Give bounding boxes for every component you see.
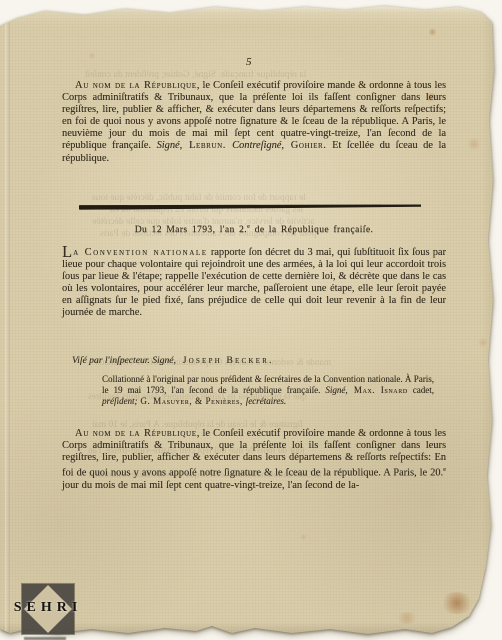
stain (428, 28, 437, 36)
sehri-watermark-letters: SEHRI (8, 600, 88, 616)
collation-secretaries-names: G. Masuyer, & Penières, (138, 396, 246, 406)
sehri-watermark: SEHRI (22, 584, 74, 634)
bleedthrough-fragment: le rapport de ſon comité de ſalut public… (92, 193, 306, 203)
stain (300, 534, 307, 540)
paper-top-edge (0, 0, 502, 24)
paragraph1-lead-smallcaps: Au nom de la République (75, 80, 197, 91)
stain (88, 52, 96, 59)
paper-crease (5, 0, 10, 640)
paragraph3-lead-smallcaps: Au nom de la République (75, 428, 197, 439)
paper-right-edge (482, 0, 502, 640)
paper-bottom-edge (0, 622, 502, 640)
bleedthrough-fragment: la république françaiſe. Signé, Gohier, … (85, 70, 306, 80)
paragraph1-signed-label: Signé (157, 140, 180, 151)
paragraph1-signed-name: , Lebrun. (180, 140, 232, 151)
paragraph3-superscript: e (443, 466, 446, 473)
stain (395, 612, 419, 624)
date-heading: Du 12 Mars 1793, l'an 2.e de la Républiq… (60, 223, 448, 235)
collation-president-role: préſident; (102, 396, 138, 406)
collation-block: Collationné à l'original par nous préſid… (102, 374, 434, 408)
scan-canvas: la république françaiſe. Signé, Gohier, … (0, 0, 502, 640)
date-heading-suffix: de la République françaiſe. (250, 224, 373, 235)
collation-name-suffix: cadet, (408, 385, 434, 395)
paragraph1-countersigned-name: , Gohier. (281, 140, 326, 151)
collation-secretaries-role: ſecrétaires. (246, 396, 286, 406)
visa-line: Viſé par l'inſpecteur. Signé, Joseph Bec… (72, 355, 274, 366)
stain (440, 592, 474, 614)
paper-shadow: la république françaiſe. Signé, Gohier, … (0, 0, 502, 640)
paragraph-promulgation-1: Au nom de la République, le Conſeil exéc… (62, 80, 446, 165)
stain (466, 138, 482, 150)
collation-signed-label: Signé (325, 385, 345, 395)
collation-president-name: , Max. Isnard (345, 385, 407, 395)
paragraph3-body2: jour du mois de mai mil ſept cent quatre… (62, 480, 359, 491)
paper-sheet: la république françaiſe. Signé, Gohier, … (0, 0, 502, 640)
paragraph-decree: La Convention nationale rapporte ſon déc… (62, 247, 446, 320)
date-heading-prefix: Du 12 Mars 1793, l'an 2. (135, 224, 247, 235)
page-number: 5 (246, 56, 252, 68)
paragraph2-lead-smallcaps: a Convention nationale (73, 247, 208, 258)
paragraph1-countersigned-label: Contreſigné (232, 140, 281, 151)
visa-italic-text: Viſé par l'inſpecteur. Signé (72, 355, 174, 366)
visa-inspector-name: , Joseph Becker. (174, 355, 274, 366)
paragraph-promulgation-2: Au nom de la République, le Conſeil exéc… (62, 428, 446, 492)
stain (478, 338, 488, 347)
